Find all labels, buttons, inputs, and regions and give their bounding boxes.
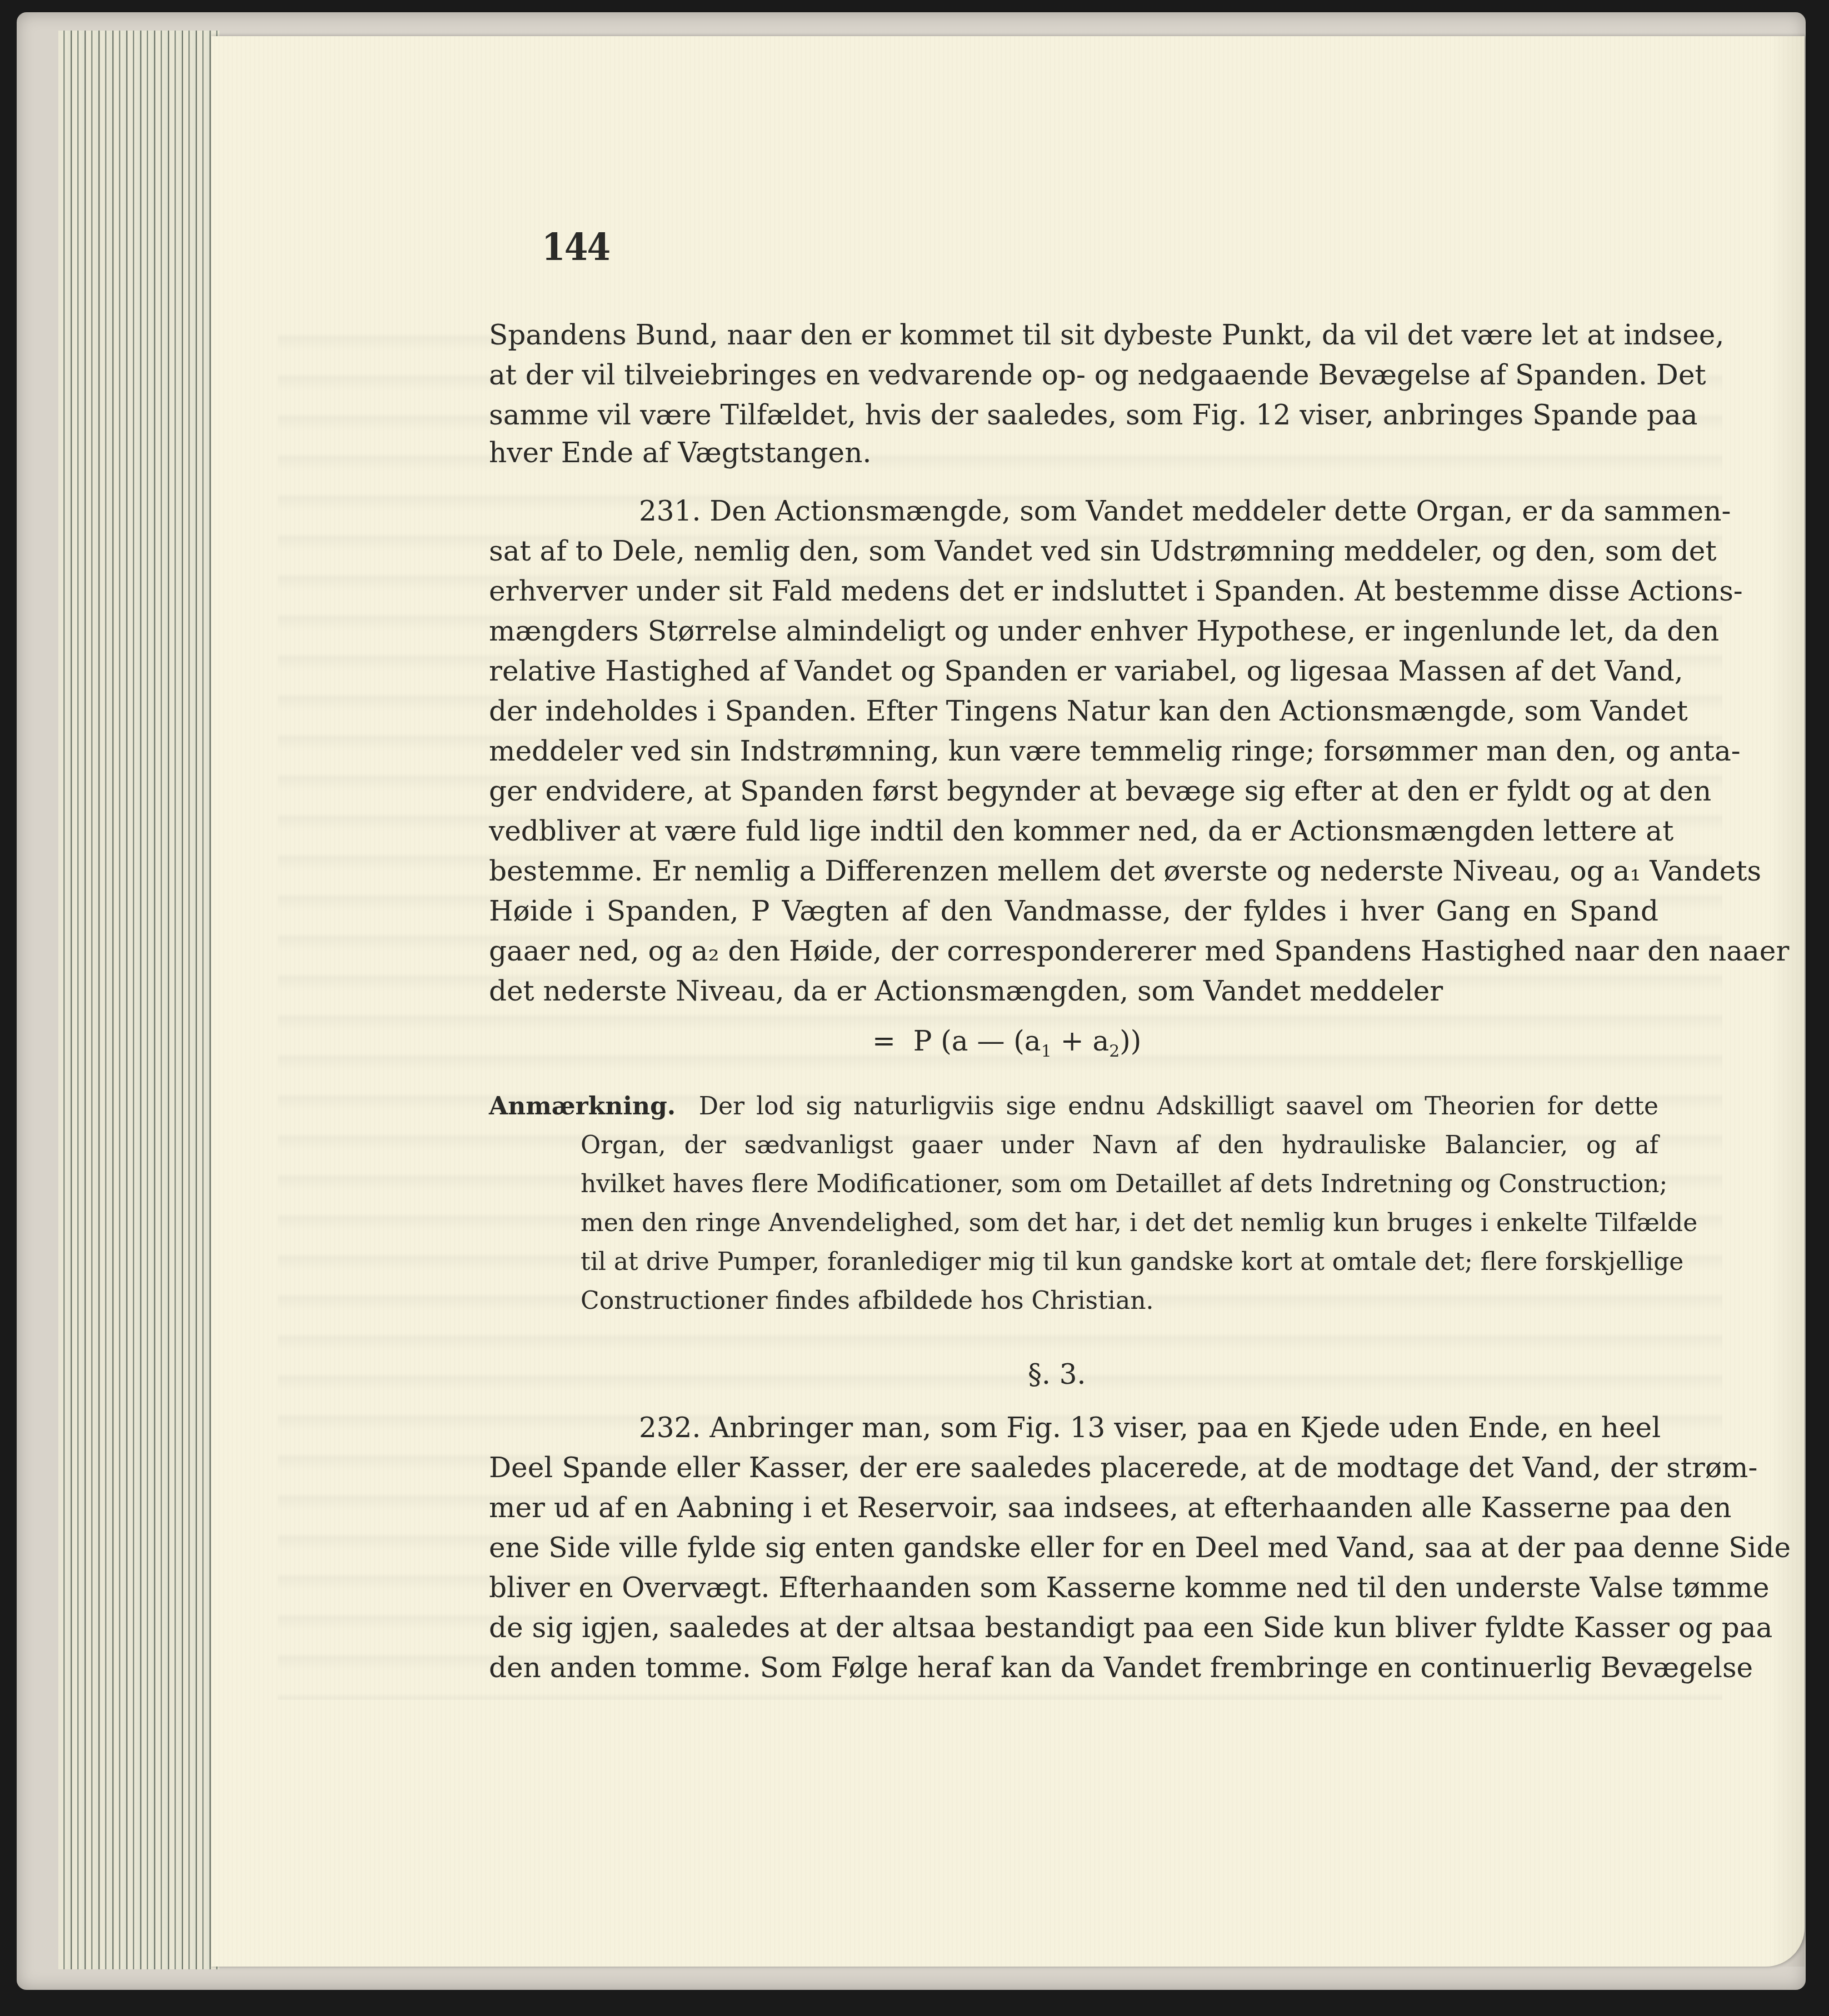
text-line: at der vil tilveiebringes en vedvarende …: [489, 358, 1658, 392]
subscript: 1: [1041, 1042, 1052, 1061]
paragraph-232-line: Deel Spande eller Kasser, der ere saaled…: [489, 1451, 1658, 1484]
equation-term: P (a — (a: [913, 1025, 1041, 1057]
paragraph-232-line: 232. Anbringer man, som Fig. 13 viser, p…: [489, 1411, 1658, 1444]
equation-term: + a: [1052, 1025, 1110, 1057]
paragraph-231-line: 231. Den Actionsmængde, som Vandet medde…: [489, 494, 1658, 528]
paragraph-231-line: bestemme. Er nemlig a Differenzen mellem…: [489, 854, 1658, 888]
paragraph-232-line: bliver en Overvægt. Efterhaanden som Kas…: [489, 1571, 1658, 1604]
note-line: Organ, der sædvanligst gaaer under Navn …: [581, 1129, 1658, 1162]
paragraph-231-line: Høide i Spanden, P Vægten af den Vandmas…: [489, 894, 1658, 928]
paragraph-231-line: sat af to Dele, nemlig den, som Vandet v…: [489, 534, 1658, 568]
paragraph-231-line: mængders Størrelse almindeligt og under …: [489, 614, 1658, 648]
equation: = P (a — (a1 + a2)): [872, 1025, 1141, 1061]
page-shadow: [1771, 36, 1805, 1967]
page-number: 144: [542, 225, 609, 269]
note-line: hvilket haves flere Modificationer, som …: [581, 1168, 1658, 1201]
paragraph-232-line: de sig igjen, saaledes at der altsaa bes…: [489, 1611, 1658, 1644]
text-line: samme vil være Tilfældet, hvis der saale…: [489, 398, 1658, 432]
text-line: Spandens Bund, naar den er kommet til si…: [489, 318, 1658, 352]
equation-term: )): [1120, 1025, 1141, 1057]
paragraph-231-line: det nederste Niveau, da er Actionsmængde…: [489, 974, 1658, 1008]
paragraph-231-line: gaaer ned, og a₂ den Høide, der correspo…: [489, 934, 1658, 968]
paragraph-232-line: den anden tomme. Som Følge heraf kan da …: [489, 1651, 1658, 1684]
paragraph-231-line: der indeholdes i Spanden. Efter Tingens …: [489, 694, 1658, 728]
note-label: Anmærkning.: [489, 1092, 676, 1120]
text-line: hver Ende af Vægtstangen.: [489, 436, 1658, 469]
paragraph-232-line: mer ud af en Aabning i et Reservoir, saa…: [489, 1491, 1658, 1524]
paragraph-231-line: meddeler ved sin Indstrømning, kun være …: [489, 734, 1658, 768]
subscript: 2: [1109, 1042, 1120, 1061]
section-heading: §. 3.: [1028, 1358, 1086, 1390]
paragraph-231-line: vedbliver at være fuld lige indtil den k…: [489, 814, 1658, 848]
paragraph-231-line: relative Hastighed af Vandet og Spanden …: [489, 654, 1658, 688]
note-text: Der lod sig naturligviis sige endnu Adsk…: [699, 1092, 1658, 1120]
paragraph-231-line: erhverver under sit Fald medens det er i…: [489, 574, 1658, 608]
note-line: Anmærkning. Der lod sig naturligviis sig…: [489, 1090, 1658, 1123]
paragraph-231-line: ger endvidere, at Spanden først begynder…: [489, 774, 1658, 808]
equals-sign: =: [872, 1025, 896, 1057]
page-edges-stack: [58, 31, 219, 1969]
note-line: men den ringe Anvendelighed, som det har…: [581, 1207, 1658, 1240]
paragraph-232-line: ene Side ville fylde sig enten gandske e…: [489, 1531, 1658, 1564]
note-line: Constructioner findes afbildede hos Chri…: [581, 1284, 1658, 1318]
note-line: til at drive Pumper, foranlediger mig ti…: [581, 1245, 1658, 1279]
